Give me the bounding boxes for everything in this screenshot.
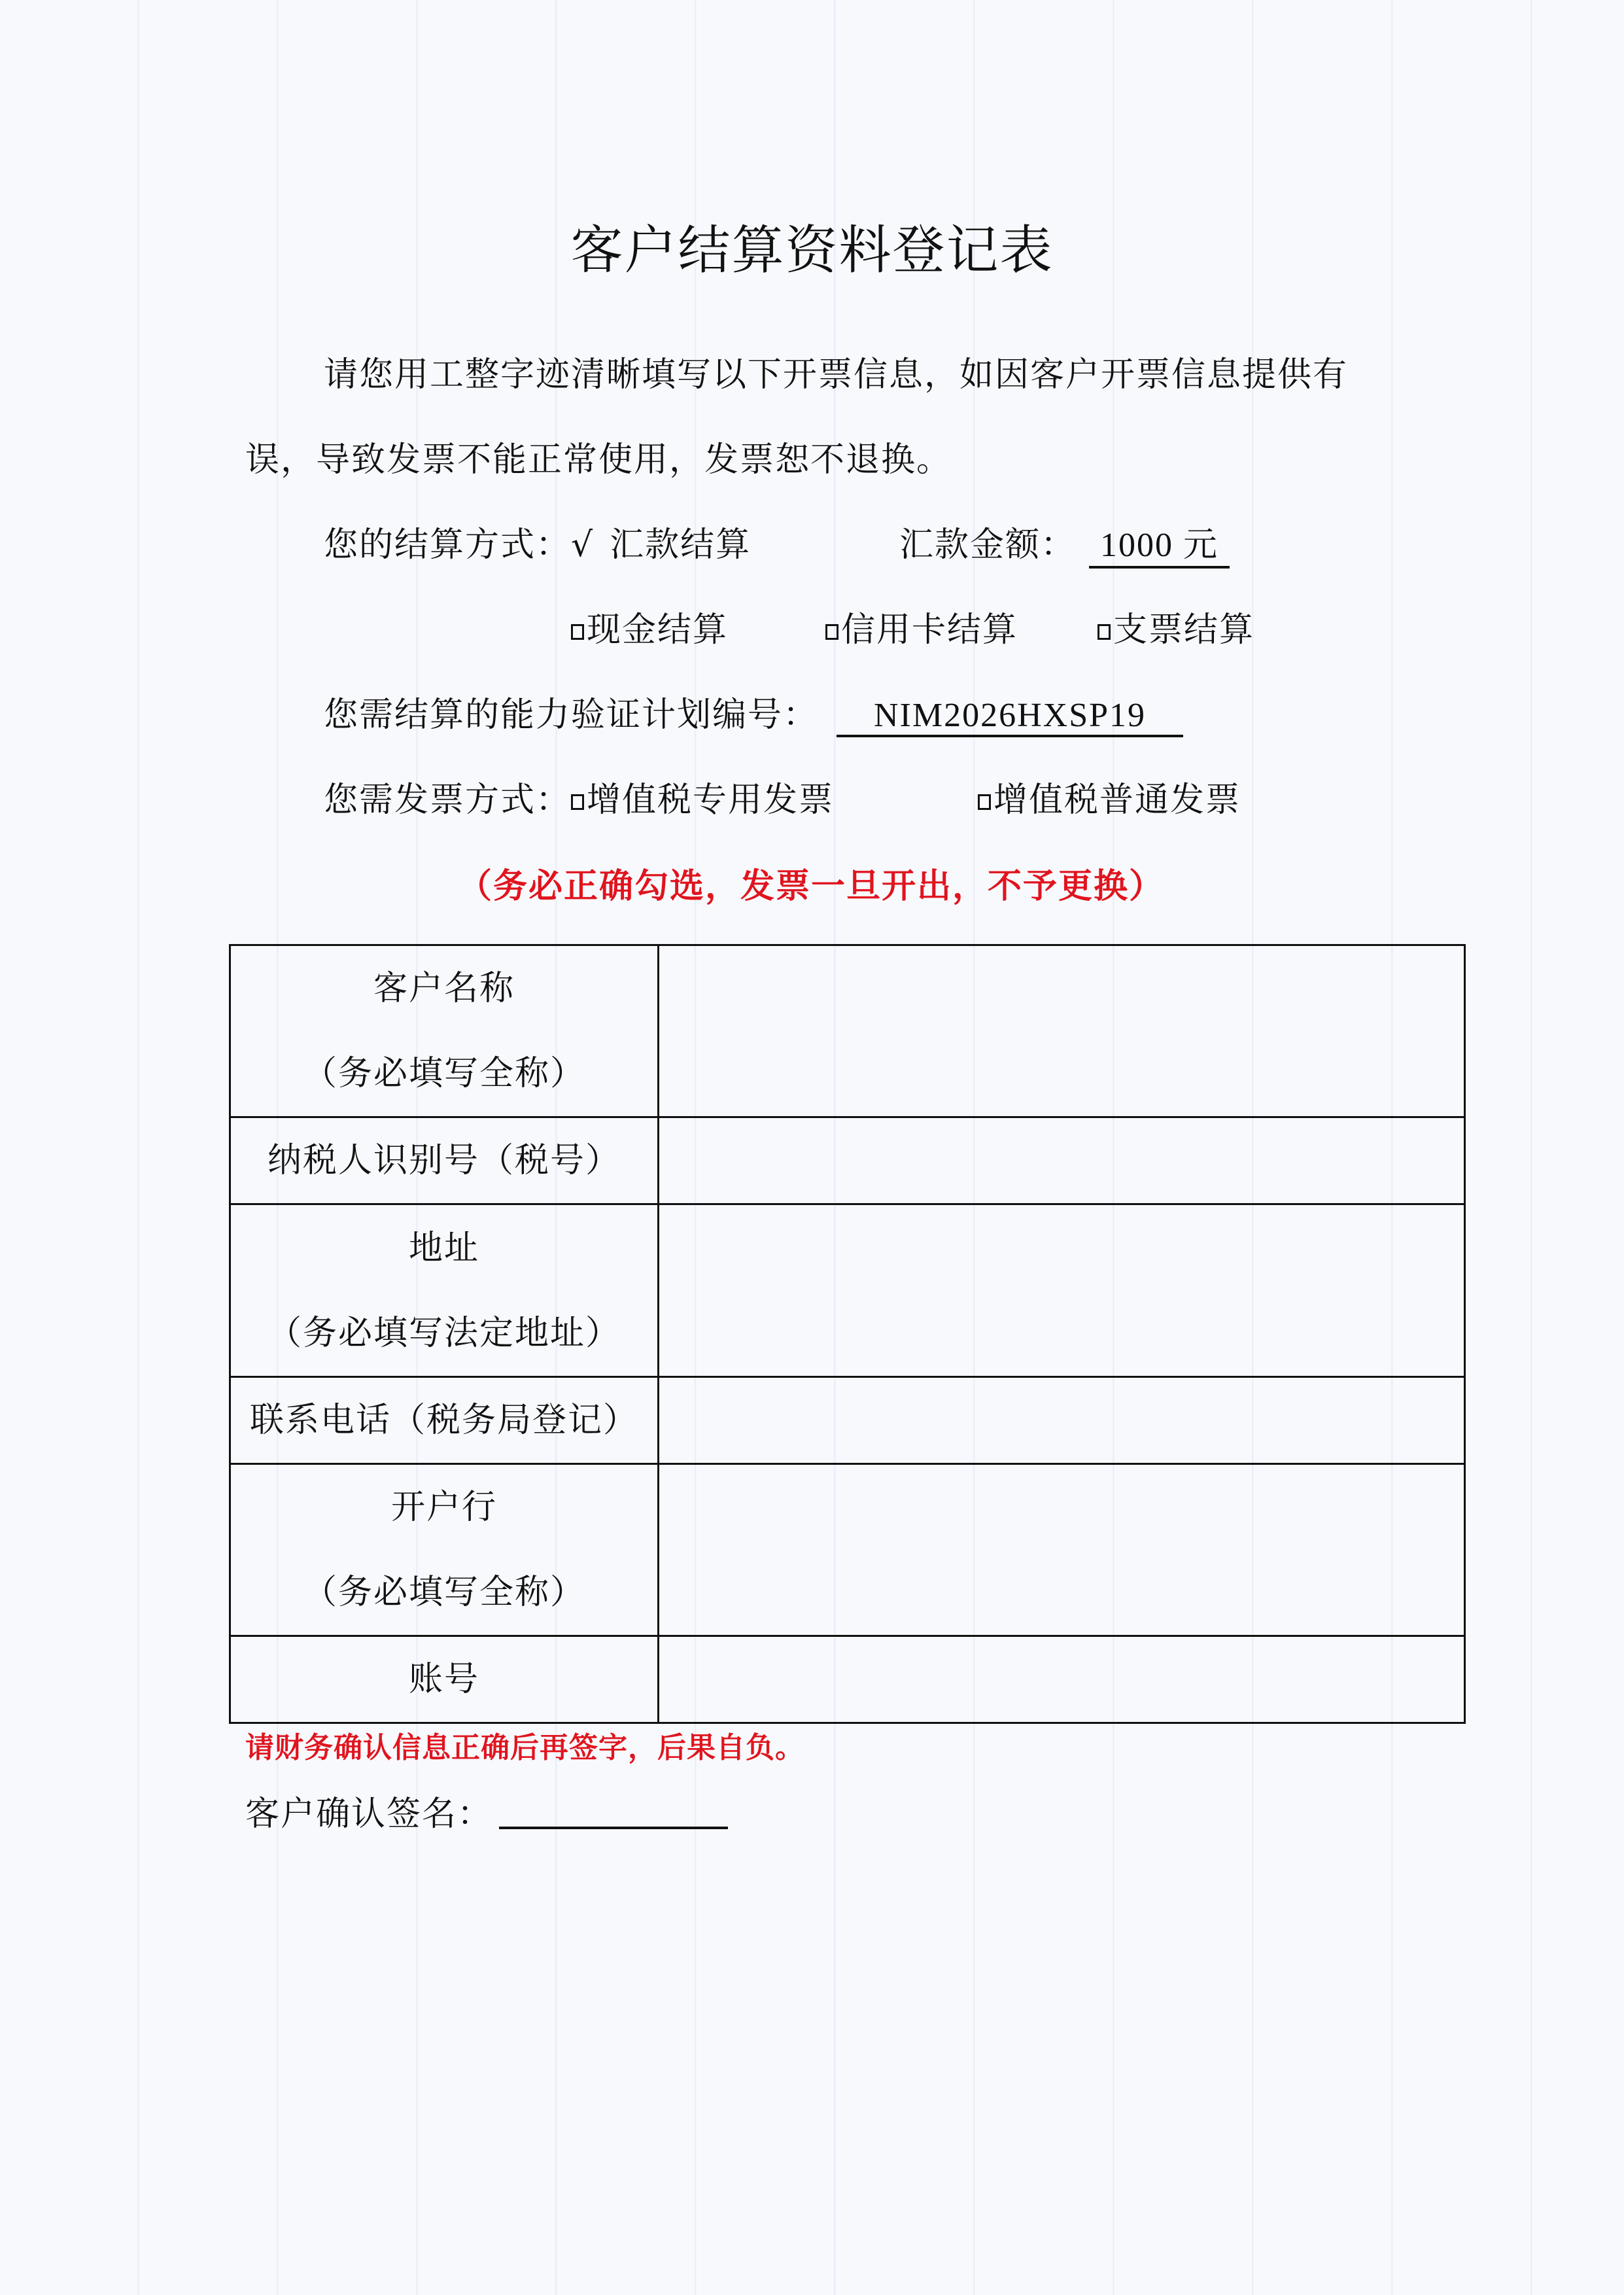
option-credit-card-label: 信用卡结算 — [841, 610, 1018, 650]
option-cheque-label: 支票结算 — [1113, 610, 1254, 650]
customer-name-field[interactable] — [659, 945, 1465, 1117]
plan-number-label: 您需结算的能力验证计划编号： — [324, 695, 818, 735]
invoice-type-label: 您需发票方式： — [324, 780, 571, 820]
label-tax-id: 纳税人识别号（税号） — [230, 1117, 659, 1204]
option-cash[interactable]: 现金结算 — [571, 602, 728, 651]
settlement-label: 您的结算方式： — [324, 525, 571, 565]
bank-field[interactable] — [659, 1464, 1465, 1636]
option-special-vat[interactable]: 增值税专用发票 — [587, 780, 834, 820]
intro-line-1: 请您用工整字迹清晰填写以下开票信息，如因客户开票信息提供有 — [324, 347, 1348, 396]
table-row: 联系电话（税务局登记） — [230, 1377, 1465, 1464]
label-address: 地址 （务必填写法定地址） — [230, 1204, 659, 1377]
table-row: 地址 （务必填写法定地址） — [230, 1204, 1465, 1377]
checkmark-icon[interactable]: √ — [571, 525, 594, 565]
checkbox-icon[interactable] — [1097, 624, 1111, 640]
label-phone: 联系电话（税务局登记） — [230, 1377, 659, 1464]
amount-label: 汇款金额： — [899, 525, 1076, 565]
checkbox-icon[interactable] — [825, 624, 838, 640]
signature-label: 客户确认签名： — [245, 1795, 492, 1834]
option-general-vat-label: 增值税普通发票 — [993, 780, 1241, 820]
plan-number-row: 您需结算的能力验证计划编号：NIM2026HXSP19 — [324, 687, 1183, 737]
table-row: 账号 — [230, 1636, 1465, 1723]
checkbox-icon[interactable] — [978, 794, 991, 810]
checkbox-icon[interactable] — [571, 794, 584, 810]
signature-field[interactable] — [499, 1798, 728, 1829]
finance-note: 请财务确认信息正确后再签字，后果自负。 — [245, 1724, 804, 1766]
settlement-row: 您的结算方式：√汇款结算 — [324, 517, 751, 566]
label-customer-name: 客户名称 （务必填写全称） — [230, 945, 659, 1117]
account-number-field[interactable] — [659, 1636, 1465, 1723]
warning-text: （务必正确勾选，发票一旦开出，不予更换） — [458, 858, 1164, 907]
phone-field[interactable] — [659, 1377, 1465, 1464]
address-field[interactable] — [659, 1204, 1465, 1377]
invoice-info-table: 客户名称 （务必填写全称） 纳税人识别号（税号） 地址 （务必填写法定地址） 联… — [229, 944, 1466, 1724]
option-cheque[interactable]: 支票结算 — [1097, 602, 1254, 651]
signature-row: 客户确认签名： — [245, 1786, 728, 1835]
amount-row: 汇款金额：1000 元 — [899, 517, 1230, 569]
table-row: 纳税人识别号（税号） — [230, 1117, 1465, 1204]
invoice-type-row: 您需发票方式：增值税专用发票 — [324, 772, 834, 821]
option-general-vat[interactable]: 增值税普通发票 — [978, 772, 1241, 821]
intro-line-2: 误，导致发票不能正常使用，发票恕不退换。 — [245, 432, 952, 481]
option-wire-transfer[interactable]: 汇款结算 — [610, 525, 751, 565]
plan-number-field[interactable]: NIM2026HXSP19 — [837, 696, 1183, 737]
checkbox-icon[interactable] — [571, 624, 584, 640]
tax-id-field[interactable] — [659, 1117, 1465, 1204]
amount-field[interactable]: 1000 元 — [1089, 517, 1230, 569]
option-credit-card[interactable]: 信用卡结算 — [825, 602, 1018, 651]
page-title: 客户结算资料登记表 — [0, 208, 1624, 283]
table-row: 客户名称 （务必填写全称） — [230, 945, 1465, 1117]
label-account-number: 账号 — [230, 1636, 659, 1723]
table-row: 开户行 （务必填写全称） — [230, 1464, 1465, 1636]
option-cash-label: 现金结算 — [587, 610, 728, 650]
label-bank: 开户行 （务必填写全称） — [230, 1464, 659, 1636]
